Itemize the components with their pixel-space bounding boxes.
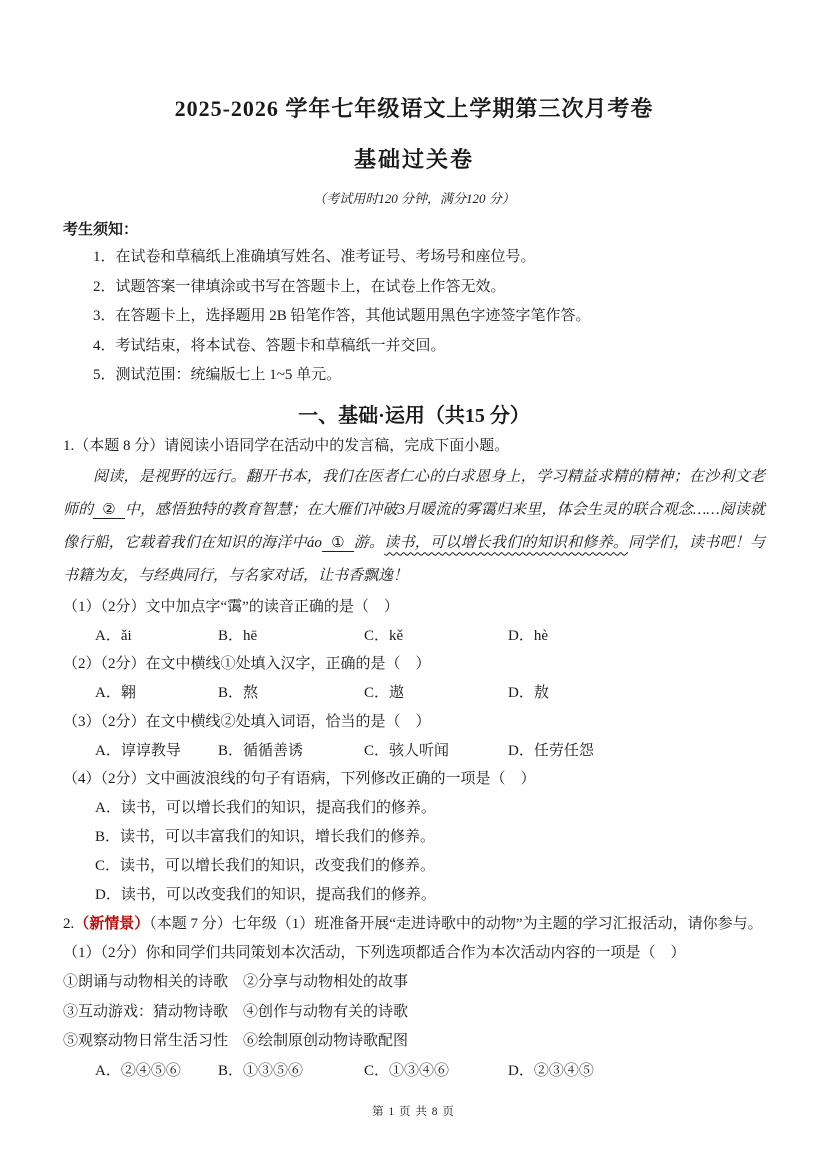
option-item: D．hè xyxy=(508,622,765,651)
passage-text: 游。 xyxy=(354,535,384,551)
question-2-tag: （新情景） xyxy=(74,916,149,932)
notice-item: 4．考试结束，将本试卷、答题卡和草稿纸一并交回。 xyxy=(63,332,765,362)
q1-sub1-options: A．ǎiB．hēC．kěD．hè xyxy=(63,622,765,651)
option-item: B．读书，可以丰富我们的知识，增长我们的修养。 xyxy=(95,823,765,852)
notice-heading: 考生须知： xyxy=(63,217,765,243)
exam-volume-title: 基础过关卷 xyxy=(63,143,765,174)
option-item: D．敖 xyxy=(508,679,765,708)
option-item: B．hē xyxy=(218,622,364,651)
q1-sub2-options: A．翱B．熬C．遨D．敖 xyxy=(63,679,765,708)
q1-sub1-stem: （1）（2分）文中加点字“霭”的读音正确的是（ ） xyxy=(63,593,765,622)
option-item: C．①③④⑥ xyxy=(364,1057,508,1086)
question-2-stem-text: （本题 7 分）七年级（1）班准备开展“走进诗歌中的动物”为主题的学习汇报活动，… xyxy=(149,916,762,932)
q1-sub2-stem: （2）（2分）在文中横线①处填入汉字，正确的是（ ） xyxy=(63,650,765,679)
option-item: B．熬 xyxy=(218,679,364,708)
q2-sub1-stem: （1）（2分）你和同学们共同策划本次活动，下列选项都适合作为本次活动内容的一项是… xyxy=(63,939,765,968)
q2-activity-row: ①朗诵与动物相关的诗歌 ②分享与动物相处的故事 xyxy=(63,968,765,998)
question-2-number: 2. xyxy=(63,916,74,932)
question-1-passage: 阅读，是视野的远行。翻开书本，我们在医者仁心的白求恩身上，学习精益求精的精神；在… xyxy=(63,461,765,593)
q1-sub4-options: A．读书，可以增长我们的知识，提高我们的修养。B．读书，可以丰富我们的知识，增长… xyxy=(63,794,765,910)
question-1-stem: 1.（本题 8 分）请阅读小语同学在活动中的发言稿，完成下面小题。 xyxy=(63,432,765,461)
option-item: C．kě xyxy=(364,622,508,651)
option-item: C．读书，可以增长我们的知识，改变我们的修养。 xyxy=(95,852,765,881)
section-heading: 一、基础·运用（共15 分） xyxy=(63,399,765,428)
question-2-stem: 2.（新情景）（本题 7 分）七年级（1）班准备开展“走进诗歌中的动物”为主题的… xyxy=(63,910,765,939)
option-item: D．②③④⑤ xyxy=(508,1057,765,1086)
option-item: C．遨 xyxy=(364,679,508,708)
question-2: 2.（新情景）（本题 7 分）七年级（1）班准备开展“走进诗歌中的动物”为主题的… xyxy=(63,910,765,1085)
option-item: B．循循善诱 xyxy=(218,737,364,766)
passage-dotted-char: 霭 xyxy=(481,502,496,518)
q1-sub3-stem: （3）（2分）在文中横线②处填入词语，恰当的是（ ） xyxy=(63,708,765,737)
q2-activity-row: ③互动游戏：猜动物诗歌 ④创作与动物有关的诗歌 xyxy=(63,998,765,1028)
q2-activity-row: ⑤观察动物日常生活习性 ⑥绘制原创动物诗歌配图 xyxy=(63,1027,765,1057)
option-item: D．读书，可以改变我们的知识，提高我们的修养。 xyxy=(95,881,765,910)
passage-wavy-sentence: 读书，可以增长我们的知识和修养。 xyxy=(384,535,628,551)
option-item: D．任劳任怨 xyxy=(508,737,765,766)
option-item: A．ǎi xyxy=(95,622,218,651)
q2-sub1-options: A．②④⑤⑥B．①③⑤⑥C．①③④⑥D．②③④⑤ xyxy=(63,1057,765,1086)
passage-text: 中，感悟独特的教育智慧；在大雁们冲破3月暖流的雾 xyxy=(125,502,481,518)
notice-item: 5．测试范围：统编版七上 1~5 单元。 xyxy=(63,361,765,391)
notice-block: 考生须知： 1．在试卷和草稿纸上准确填写姓名、准考证号、考场号和座位号。 2．试… xyxy=(63,217,765,391)
option-item: C．骇人听闻 xyxy=(364,737,508,766)
passage-blank-1: ① xyxy=(322,535,354,552)
notice-item: 1．在试卷和草稿纸上准确填写姓名、准考证号、考场号和座位号。 xyxy=(63,243,765,273)
notice-item: 3．在答题卡上，选择题用 2B 铅笔作答，其他试题用黑色字迹签字笔作答。 xyxy=(63,302,765,332)
notice-item: 2．试题答案一律填涂或书写在答题卡上，在试卷上作答无效。 xyxy=(63,273,765,303)
exam-page: 2025-2026 学年七年级语文上学期第三次月考卷 基础过关卷 （考试用时12… xyxy=(0,0,827,1169)
page-footer: 第 1 页 共 8 页 xyxy=(0,1103,827,1119)
option-item: A．②④⑤⑥ xyxy=(95,1057,218,1086)
option-item: A．翱 xyxy=(95,679,218,708)
option-item: A．读书，可以增长我们的知识，提高我们的修养。 xyxy=(95,794,765,823)
question-1: 1.（本题 8 分）请阅读小语同学在活动中的发言稿，完成下面小题。 阅读，是视野… xyxy=(63,432,765,911)
exam-title: 2025-2026 学年七年级语文上学期第三次月考卷 xyxy=(63,92,765,123)
exam-meta: （考试用时120 分钟，满分120 分） xyxy=(63,188,765,207)
q1-sub3-options: A．谆谆教导B．循循善诱C．骇人听闻D．任劳任怨 xyxy=(63,737,765,766)
option-item: A．谆谆教导 xyxy=(95,737,218,766)
passage-blank-2: ② xyxy=(93,502,125,519)
q1-sub4-stem: （4）（2分）文中画波浪线的句子有语病，下列修改正确的一项是（ ） xyxy=(63,765,765,794)
option-item: B．①③⑤⑥ xyxy=(218,1057,364,1086)
